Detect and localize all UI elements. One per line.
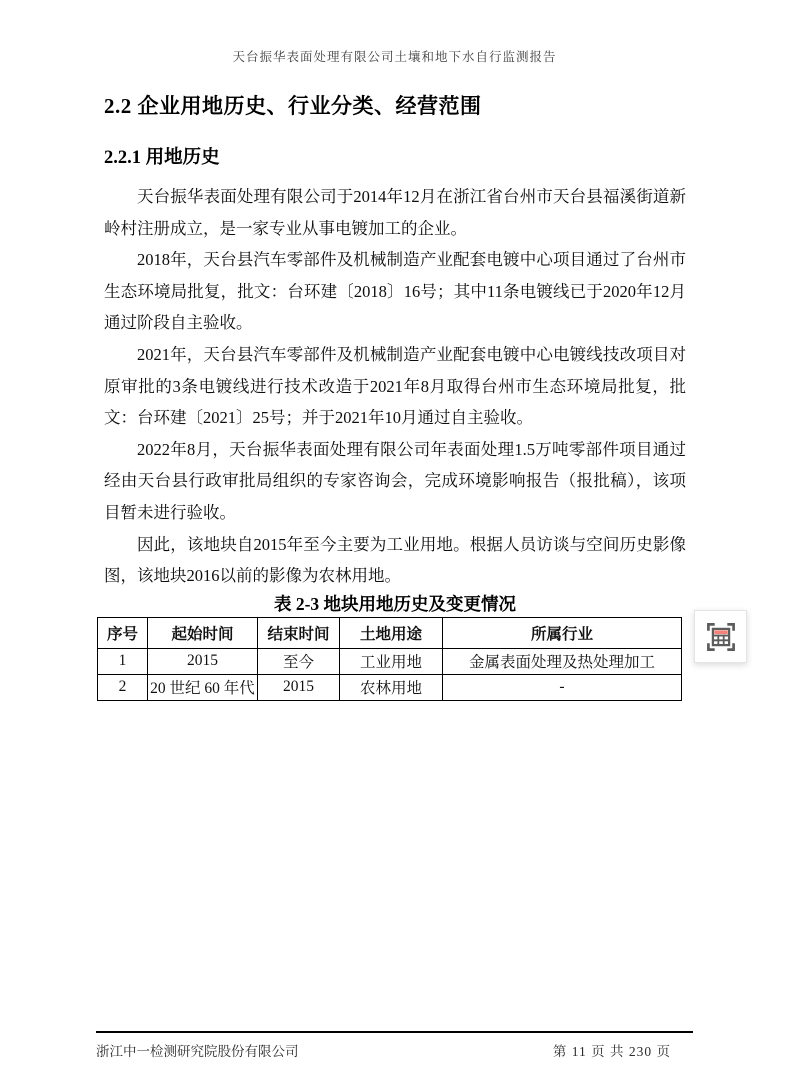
page-footer: 浙江中一检测研究院股份有限公司 第 11 页 共 230 页 bbox=[96, 1031, 693, 1060]
table-row: 1 2015 至今 工业用地 金属表面处理及热处理加工 bbox=[98, 648, 682, 674]
paragraph-conclusion: 因此，该地块自2015年至今主要为工业用地。根据人员访谈与空间历史影像图，该地块… bbox=[104, 529, 686, 592]
col-header-industry: 所属行业 bbox=[443, 617, 682, 648]
cell-end-time: 至今 bbox=[258, 648, 340, 674]
report-header-title: 天台振华表面处理有限公司土壤和地下水自行监测报告 bbox=[0, 0, 789, 65]
cell-end-time: 2015 bbox=[258, 674, 340, 700]
cell-industry: 金属表面处理及热处理加工 bbox=[443, 648, 682, 674]
paragraph-2022-project: 2022年8月，天台振华表面处理有限公司年表面处理1.5万吨零部件项目通过经由天… bbox=[104, 434, 686, 529]
cell-index: 2 bbox=[98, 674, 148, 700]
table-row: 2 20 世纪 60 年代 2015 农林用地 - bbox=[98, 674, 682, 700]
paragraph-company-founding: 天台振华表面处理有限公司于2014年12月在浙江省台州市天台县福溪街道新岭村注册… bbox=[104, 181, 686, 244]
col-header-end-time: 结束时间 bbox=[258, 617, 340, 648]
land-history-table: 序号 起始时间 结束时间 土地用途 所属行业 1 2015 至今 工业用地 金属… bbox=[97, 617, 682, 701]
cell-land-use: 工业用地 bbox=[340, 648, 443, 674]
table-caption: 表 2-3 地块用地历史及变更情况 bbox=[104, 593, 686, 615]
capture-table-button[interactable] bbox=[694, 610, 747, 663]
table-header-row: 序号 起始时间 结束时间 土地用途 所属行业 bbox=[98, 617, 682, 648]
footer-company-name: 浙江中一检测研究院股份有限公司 bbox=[96, 1040, 299, 1060]
col-header-index: 序号 bbox=[98, 617, 148, 648]
cell-land-use: 农林用地 bbox=[340, 674, 443, 700]
cell-start-time: 2015 bbox=[148, 648, 258, 674]
cell-index: 1 bbox=[98, 648, 148, 674]
page-content: 2.2 企业用地历史、行业分类、经营范围 2.2.1 用地历史 天台振华表面处理… bbox=[0, 90, 789, 701]
section-heading-2-2-1: 2.2.1 用地历史 bbox=[104, 143, 686, 169]
footer-page-number: 第 11 页 共 230 页 bbox=[553, 1040, 693, 1060]
body-text: 天台振华表面处理有限公司于2014年12月在浙江省台州市天台县福溪街道新岭村注册… bbox=[104, 181, 686, 592]
section-heading-2-2: 2.2 企业用地历史、行业分类、经营范围 bbox=[104, 90, 686, 120]
paragraph-2021-upgrade: 2021年，天台县汽车零部件及机械制造产业配套电镀中心电镀线技改项目对原审批的3… bbox=[104, 339, 686, 434]
cell-start-time: 20 世纪 60 年代 bbox=[148, 674, 258, 700]
paragraph-2018-approval: 2018年，天台县汽车零部件及机械制造产业配套电镀中心项目通过了台州市生态环境局… bbox=[104, 244, 686, 339]
col-header-start-time: 起始时间 bbox=[148, 617, 258, 648]
document-page: 天台振华表面处理有限公司土壤和地下水自行监测报告 2.2 企业用地历史、行业分类… bbox=[0, 0, 789, 1083]
table-capture-icon bbox=[703, 619, 739, 655]
cell-industry: - bbox=[443, 674, 682, 700]
col-header-land-use: 土地用途 bbox=[340, 617, 443, 648]
